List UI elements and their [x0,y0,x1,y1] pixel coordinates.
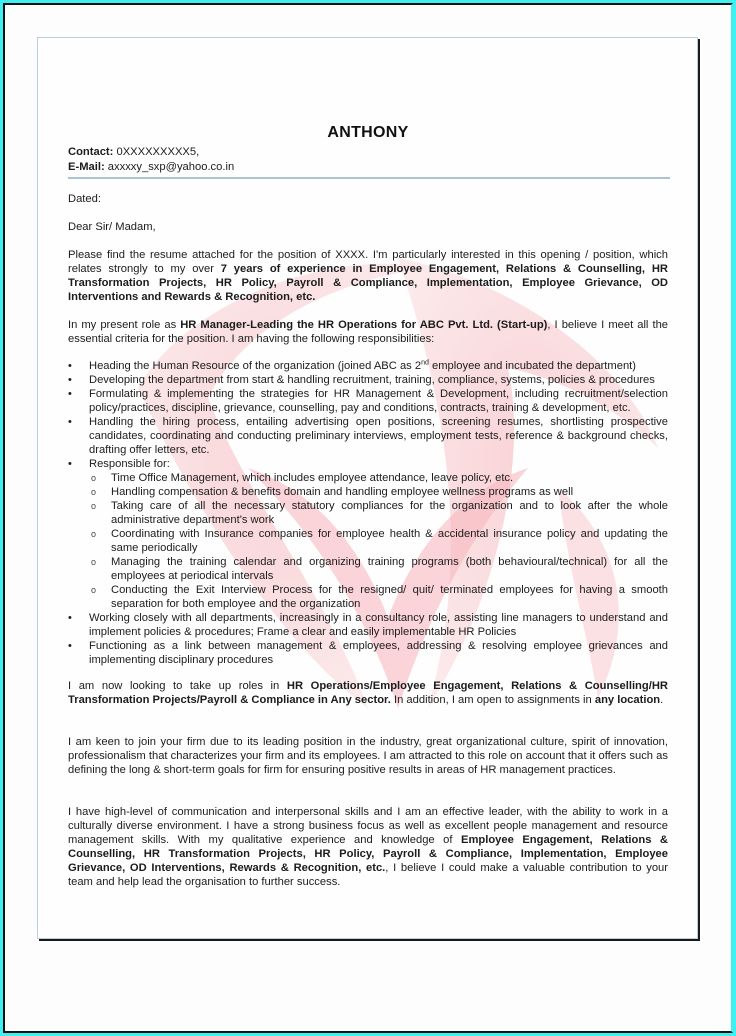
applicant-name: ANTHONY [68,126,668,140]
contact-value: 0XXXXXXXXX5, [116,146,199,158]
dated-line: Dated: [68,192,668,206]
list-item: Handling the hiring process, entailing a… [68,415,668,457]
sub-list-item: Conducting the Exit Interview Process fo… [89,583,668,611]
list-item: Functioning as a link between management… [68,639,668,667]
email-label: E-Mail: [68,161,105,173]
sub-list-item: Taking care of all the necessary statuto… [89,499,668,527]
email-value: axxxxy_sxp@yahoo.co.in [108,161,234,173]
looking-text: I am now looking to take up roles in [68,680,287,692]
sub-list-item: Handling compensation & benefits domain … [89,485,668,499]
sub-list: Time Office Management, which includes e… [89,471,668,611]
list-item: Working closely with all departments, in… [68,611,668,639]
role-highlight: HR Manager-Leading the HR Operations for… [180,319,547,331]
sub-list-item: Time Office Management, which includes e… [89,471,668,485]
looking-paragraph: I am now looking to take up roles in HR … [68,679,668,707]
contact-block: Contact: 0XXXXXXXXX5, E-Mail: axxxxy_sxp… [68,145,234,175]
item-text: Responsible for: [89,458,170,470]
list-item: Developing the department from start & h… [68,373,668,387]
item-text: employee and incubated the department) [429,360,636,372]
item-text: Heading the Human Resource of the organi… [89,360,421,372]
keen-paragraph: I am keen to join your firm due to its l… [68,735,668,777]
looking-text-end: . [660,694,663,706]
salutation: Dear Sir/ Madam, [68,220,668,234]
document-page: ANTHONY Contact: 0XXXXXXXXX5, E-Mail: ax… [37,37,698,939]
sub-list-item: Managing the training calendar and organ… [89,555,668,583]
list-item: Responsible for: Time Office Management,… [68,457,668,611]
contact-label: Contact: [68,146,113,158]
responsibilities-list: Heading the Human Resource of the organi… [68,359,668,667]
role-text: In my present role as [68,319,180,331]
closing-paragraph: I have high-level of communication and i… [68,805,668,889]
location-highlight: any location [595,694,660,706]
list-item: Formulating & implementing the strategie… [68,387,668,415]
list-item: Heading the Human Resource of the organi… [68,359,668,373]
header-divider [68,177,670,179]
intro-paragraph: Please find the resume attached for the … [68,248,668,304]
superscript: nd [421,359,429,366]
role-paragraph: In my present role as HR Manager-Leading… [68,318,668,346]
looking-text-mid: In addition, I am open to assignments in [391,694,595,706]
sub-list-item: Coordinating with Insurance companies fo… [89,527,668,555]
